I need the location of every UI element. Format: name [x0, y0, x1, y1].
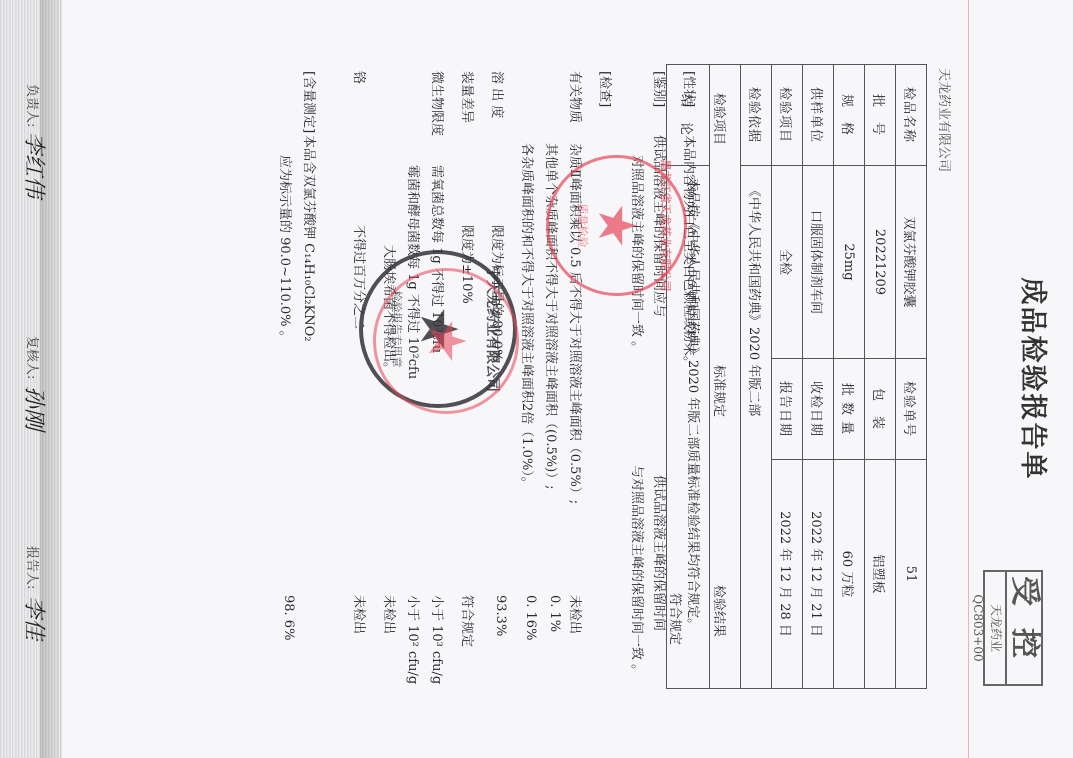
check-result: 未检出	[381, 595, 400, 634]
responsible-label: 负责人:	[24, 84, 43, 127]
header-row: 供样单位口服固体制剂车间收检日期2022 年 12 月 21 日	[803, 65, 834, 689]
header-row: 规 格25mg批 数 量60 万粒	[834, 65, 865, 689]
inspection-body: 检验项目标准规定检验结果[性状]本品内容物为白色至类白色颗粒或粉末。符合规定[鉴…	[710, 65, 741, 689]
control-stamp-main: 受控	[1005, 572, 1041, 684]
check-item: 铬	[351, 71, 370, 84]
check-item: 溶 出 度	[489, 71, 508, 118]
check-result: 未检出	[351, 595, 370, 634]
check-item: 微生物限度	[429, 71, 448, 136]
reviewer-signature: 孙刚	[20, 386, 51, 430]
column-header-item: 检验项目	[711, 93, 730, 145]
field-label: 批 号	[865, 65, 896, 166]
check-result: 小于 10² cfu/g	[405, 595, 424, 684]
quality-seal-red: 黑龙江省天龙药业有限公司 ★ 质量检验	[546, 155, 687, 296]
basis-row: 检验依据 《中华人民共和国药典》2020 年版二部	[741, 65, 772, 689]
header-row: 检品名称双氯芬酸钾胶囊检验单号51	[896, 65, 927, 689]
check-result: 符合规定	[459, 595, 478, 647]
field-value: 双氯芬酸钾胶囊	[896, 166, 927, 359]
field-label: 批 数 量	[834, 358, 865, 459]
check-result: 未检出	[567, 595, 586, 634]
check-item: 有关物质	[567, 71, 586, 123]
responsible-signature: 李红伟	[20, 132, 51, 198]
check-result: 小于 10³ cfu/g	[429, 595, 448, 684]
field-label: 检验单号	[896, 358, 927, 459]
seal-sub-text: 质量检验	[575, 158, 591, 293]
field-value: 25mg	[834, 166, 865, 359]
field-value: 2022 年 12 月 28 日	[772, 459, 803, 688]
inspection-report-page: 成品检验报告单 受控 天龙药业 QC803+00 天龙药业有限公司 检品名称双氯…	[0, 0, 1073, 758]
basis-value: 《中华人民共和国药典》2020 年版二部	[741, 166, 772, 689]
field-label: 供样单位	[803, 65, 834, 166]
star-icon: ★	[591, 202, 643, 249]
report-table: 检品名称双氯芬酸钾胶囊检验单号51批 号20221209包 装铝塑板规 格25m…	[666, 64, 927, 689]
check-result: 0. 16%	[523, 595, 538, 640]
standard-text: 本品内容物为白色至类白色颗粒或粉末。	[681, 135, 700, 369]
section-tag: [性状]	[681, 71, 700, 107]
body-row: 检验项目标准规定检验结果[性状]本品内容物为白色至类白色颗粒或粉末。符合规定[鉴…	[710, 65, 741, 689]
field-label: 检验项目	[772, 65, 803, 166]
check-standard: 各杂质峰面积的和不得大于对照溶液主峰面积2倍（1.0%）。	[519, 143, 538, 490]
assay-result: 98. 6%	[281, 595, 296, 640]
star-icon: ★	[420, 318, 472, 365]
seal-ring-text: 黑龙江省天龙药业有限公司	[658, 158, 674, 293]
reporter-signature: 李佳	[20, 596, 51, 640]
section-tag: [鉴别]	[651, 71, 670, 107]
check-item: 装量差异	[459, 71, 478, 123]
check-result: 0. 1%	[547, 595, 562, 632]
reporter-label: 报告人:	[24, 546, 43, 589]
section-tag: [检查]	[597, 71, 616, 107]
assay-standard: 本品含双氯芬酸钾 C₁₄H₁₀Cl₂KNO₂	[301, 135, 320, 342]
field-label: 规 格	[834, 65, 865, 166]
column-header-result: 检验结果	[711, 585, 730, 637]
reviewer-label: 复核人:	[24, 336, 43, 379]
field-value: 20221209	[865, 166, 896, 359]
quality-seal-red-2: ★	[373, 268, 519, 414]
field-value: 51	[896, 459, 927, 688]
company-name: 天龙药业有限公司	[936, 68, 955, 172]
control-stamp-sub: 天龙药业 QC803+00	[969, 572, 1005, 684]
field-value: 2022 年 12 月 21 日	[803, 459, 834, 688]
field-label: 报告日期	[772, 358, 803, 459]
field-value: 全检	[772, 166, 803, 359]
field-label: 包 装	[865, 358, 896, 459]
field-value: 铝塑板	[865, 459, 896, 688]
controlled-document-stamp: 受控 天龙药业 QC803+00	[983, 570, 1043, 686]
header-row: 批 号20221209包 装铝塑板	[865, 65, 896, 689]
field-value: 60 万粒	[834, 459, 865, 688]
result-text: 供试品溶液主峰的保留时间	[651, 475, 670, 631]
field-value: 口服固体制剂车间	[803, 166, 834, 359]
result-text: 与对照品溶液主峰的保留时间一致 。	[629, 465, 648, 677]
header-row: 检验项目全检报告日期2022 年 12 月 28 日	[772, 65, 803, 689]
section-tag: [含量测定]	[301, 71, 320, 133]
assay-standard: 应为标示量的 90.0~110.0% 。	[277, 155, 296, 344]
field-label: 检品名称	[896, 65, 927, 166]
basis-label: 检验依据	[741, 65, 772, 166]
column-header-standard: 标准规定	[711, 365, 730, 417]
field-label: 收检日期	[803, 358, 834, 459]
check-result: 93.3%	[493, 595, 508, 636]
